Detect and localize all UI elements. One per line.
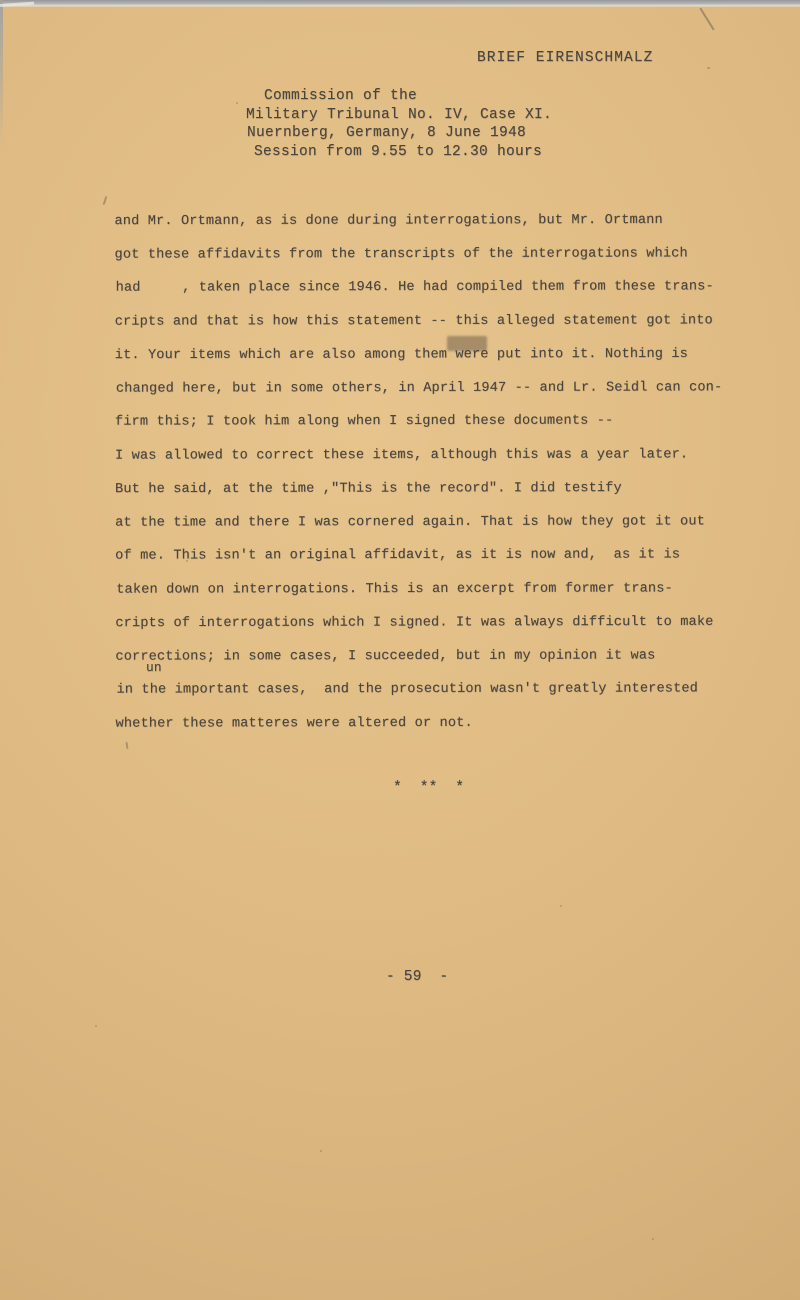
paper-speck xyxy=(320,1150,322,1152)
paper-speck xyxy=(652,1238,654,1240)
body-line: got these affidavits from the transcript… xyxy=(115,237,722,272)
session-header: Commission of the Military Tribunal No. … xyxy=(246,87,552,161)
body-line: I was allowed to correct these items, al… xyxy=(115,438,722,473)
scan-edge-left xyxy=(0,0,3,150)
body-line: of me. This isn't an original affidavit,… xyxy=(115,538,722,573)
paper-speck xyxy=(707,67,710,69)
paper-speck xyxy=(95,1025,97,1027)
body-line: cripts of interrogations which I signed.… xyxy=(115,606,722,641)
body-line: it. Your items which are also among them… xyxy=(115,338,722,373)
body-line: at the time and there I was cornered aga… xyxy=(115,505,722,540)
session-header-line: Session from 9.55 to 12.30 hours xyxy=(254,143,552,162)
body-line: firm this; I took him along when I signe… xyxy=(115,404,722,439)
session-header-line: Commission of the xyxy=(264,87,552,106)
session-header-line: Nuernberg, Germany, 8 June 1948 xyxy=(247,124,552,143)
body-line: had , taken place since 1946. He had com… xyxy=(116,270,723,305)
paper-speck xyxy=(560,905,562,907)
body-line: taken down on interrogations. This is an… xyxy=(116,572,723,607)
body-line: But he said, at the time ,"This is the r… xyxy=(115,472,722,507)
paper-speck xyxy=(236,102,238,104)
body-line: and Mr. Ortmann, as is done during inter… xyxy=(114,204,721,239)
scanned-document-page: BRIEF EIRENSCHMALZ Commission of the Mil… xyxy=(0,0,800,1300)
body-line: whether these matteres were altered or n… xyxy=(115,706,722,741)
page-number: - 59 - xyxy=(386,969,448,985)
body-line: in the important cases, and the prosecut… xyxy=(116,672,723,707)
overstruck-word-smudge xyxy=(447,336,487,351)
stray-ink-mark xyxy=(126,742,129,749)
asterisk-separator: * ** * xyxy=(393,780,464,796)
classification-label: BRIEF EIRENSCHMALZ xyxy=(477,50,653,66)
testimony-body: and Mr. Ortmann, as is done during inter… xyxy=(114,203,722,740)
scan-edge-top xyxy=(0,0,800,7)
typed-insertion-above-line: un xyxy=(146,660,162,675)
body-line: cripts and that is how this statement --… xyxy=(115,304,722,339)
session-header-line: Military Tribunal No. IV, Case XI. xyxy=(246,106,552,125)
body-line: changed here, but in some others, in Apr… xyxy=(116,371,723,406)
body-line: corrections; in some cases, I succeeded,… xyxy=(115,639,722,674)
stray-ink-mark xyxy=(103,196,108,205)
pencil-checkmark xyxy=(699,7,714,30)
